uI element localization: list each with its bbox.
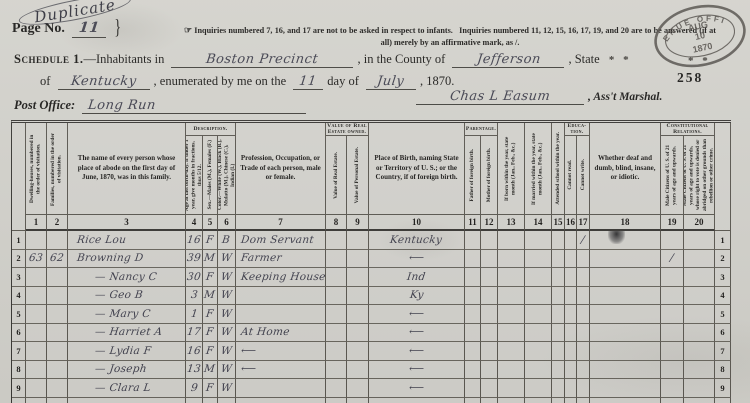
header-born-month: If born within the year, state month (Ja… bbox=[498, 123, 525, 215]
year-label: , 1870. bbox=[420, 74, 454, 88]
header-color: Color.—White (W.), Black (B.), Mulatto (… bbox=[218, 136, 236, 215]
column-number: 15 bbox=[552, 215, 565, 231]
cell-col19 bbox=[661, 231, 684, 250]
cell-col17 bbox=[577, 361, 590, 380]
cell-col17 bbox=[577, 250, 590, 269]
county-blank: Jefferson bbox=[452, 53, 564, 68]
state-label: , State bbox=[568, 52, 599, 66]
row-number-left: 9 bbox=[12, 379, 26, 398]
census-table: Dwelling-houses, numbered in the order o… bbox=[11, 120, 731, 403]
cell-col20 bbox=[684, 379, 715, 398]
cell-col9 bbox=[347, 398, 369, 403]
cell-col12 bbox=[481, 324, 498, 343]
header-real-estate-label: Value of Real Estate. bbox=[333, 152, 340, 199]
cell-col10: ⟵ bbox=[369, 379, 465, 398]
row-number-left: 3 bbox=[12, 268, 26, 287]
cell-col2 bbox=[47, 305, 68, 324]
cell-col19 bbox=[661, 287, 684, 306]
cell-col20 bbox=[684, 361, 715, 380]
column-number: 16 bbox=[565, 215, 577, 231]
page-no-blank: 11 bbox=[72, 21, 106, 38]
cell-col17 bbox=[577, 398, 590, 403]
cell-col12 bbox=[481, 379, 498, 398]
cell-col14 bbox=[525, 287, 552, 306]
cell-col4: 3 bbox=[186, 287, 203, 306]
cell-col2 bbox=[47, 398, 68, 403]
cell-col4: 16 bbox=[186, 342, 203, 361]
cell-col15 bbox=[552, 305, 565, 324]
header-disabilities: Whether deaf and dumb, blind, insane, or… bbox=[590, 123, 661, 215]
cell-col14 bbox=[525, 398, 552, 403]
place-value: Boston Precinct bbox=[206, 53, 320, 67]
marshal-label: , Ass't Marshal. bbox=[588, 91, 662, 103]
county-value: Jefferson bbox=[476, 53, 541, 67]
cell-col13 bbox=[498, 268, 525, 287]
handwritten-entry: F bbox=[205, 382, 214, 394]
cell-col20 bbox=[684, 250, 715, 269]
header-vote-denied: Male Citizens of U. S. of 21 years of ag… bbox=[684, 136, 715, 215]
header-personal-estate-label: Value of Personal Estate. bbox=[354, 147, 361, 203]
cell-col20 bbox=[684, 305, 715, 324]
cell-col16 bbox=[565, 287, 577, 306]
cell-col1 bbox=[26, 379, 47, 398]
cell-col19 bbox=[661, 361, 684, 380]
header-birthplace: Place of Birth, naming State or Territor… bbox=[369, 123, 465, 215]
row-number-left: 8 bbox=[12, 361, 26, 380]
handwritten-entry: Kentucky bbox=[390, 234, 444, 246]
column-number: 10 bbox=[369, 215, 465, 231]
group-constitutional: Constitutional Relations. bbox=[661, 123, 715, 136]
row-number-left: 4 bbox=[12, 287, 26, 306]
post-office-value: Long Run bbox=[88, 99, 158, 113]
cell-col15 bbox=[552, 287, 565, 306]
row-number-right: 5 bbox=[715, 305, 731, 324]
handwritten-entry: W bbox=[220, 289, 233, 301]
schedule-detail-line: of Kentucky, enumerated by me on the 11d… bbox=[40, 74, 454, 90]
cell-col13 bbox=[498, 324, 525, 343]
cell-col4: 1 bbox=[186, 305, 203, 324]
cell-col7: Farmer bbox=[236, 250, 326, 269]
column-number: 9 bbox=[347, 215, 369, 231]
row-number-left: 1 bbox=[12, 231, 26, 250]
post-office-blank: Long Run bbox=[82, 99, 306, 114]
cell-col11 bbox=[465, 361, 481, 380]
marshal-signature: Chas L Easum bbox=[449, 90, 551, 104]
handwritten-entry: At Home bbox=[240, 326, 290, 338]
cell-col1 bbox=[26, 287, 47, 306]
cell-col8 bbox=[326, 287, 347, 306]
cell-col9 bbox=[347, 231, 369, 250]
handwritten-entry: 16 bbox=[186, 345, 201, 357]
header-families: Families, numbered in the order of visit… bbox=[47, 123, 68, 215]
handwritten-entry: 1 bbox=[190, 308, 198, 320]
header-occupation: Profession, Occupation, or Trade of each… bbox=[236, 123, 326, 215]
cell-col5: M bbox=[203, 287, 218, 306]
cell-col11 bbox=[465, 231, 481, 250]
cell-col14 bbox=[525, 250, 552, 269]
header-cannot-read: Cannot read. bbox=[565, 136, 577, 215]
cell-col17 bbox=[577, 324, 590, 343]
column-number: 2 bbox=[47, 215, 68, 231]
handwritten-entry: W bbox=[220, 382, 233, 394]
cell-col12 bbox=[481, 250, 498, 269]
header-families-label: Families, numbered in the order of visit… bbox=[50, 132, 63, 206]
post-office-label: Post Office: bbox=[14, 98, 75, 112]
cell-col16 bbox=[565, 250, 577, 269]
cell-col10: ⟵ bbox=[369, 324, 465, 343]
header-color-label: Color.—White (W.), Black (B.), Mulatto (… bbox=[218, 138, 236, 212]
cell-col3: — Joseph bbox=[68, 361, 186, 380]
cell-col9 bbox=[347, 379, 369, 398]
month-value: July bbox=[377, 75, 406, 89]
cell-col7 bbox=[236, 398, 326, 403]
cell-col16 bbox=[565, 398, 577, 403]
signature-line: Chas L Easum, Ass't Marshal. bbox=[412, 90, 662, 105]
inhabitants-label: —Inhabitants in bbox=[83, 52, 164, 66]
handwritten-entry: W bbox=[220, 326, 233, 338]
column-number: 13 bbox=[498, 215, 525, 231]
cell-col15 bbox=[552, 398, 565, 403]
cell-col15 bbox=[552, 361, 565, 380]
header-vote-denied-label: Male Citizens of U. S. of 21 years of ag… bbox=[684, 138, 715, 212]
cell-col7: Dom Servant bbox=[236, 231, 326, 250]
cell-col13 bbox=[498, 287, 525, 306]
header-school: Attended school within the year. bbox=[552, 123, 565, 215]
cell-col2 bbox=[47, 342, 68, 361]
header-sex: Sex.—Males (M.), Females (F.) bbox=[203, 136, 218, 215]
handwritten-entry: Dom Servant bbox=[240, 234, 314, 246]
cell-col16 bbox=[565, 231, 577, 250]
cell-col7 bbox=[236, 305, 326, 324]
cell-col17 bbox=[577, 287, 590, 306]
cell-col8 bbox=[326, 268, 347, 287]
header-born-month-label: If born within the year, state month (Ja… bbox=[504, 132, 517, 206]
cell-col18 bbox=[590, 305, 661, 324]
cell-col10: ⟵ bbox=[369, 361, 465, 380]
column-number: 6 bbox=[218, 215, 236, 231]
row-number-right bbox=[715, 398, 731, 403]
column-number: 5 bbox=[203, 215, 218, 231]
cell-col5: M bbox=[203, 250, 218, 269]
cell-col5: F bbox=[203, 324, 218, 343]
cell-col18 bbox=[590, 268, 661, 287]
cell-col14 bbox=[525, 305, 552, 324]
handwritten-entry: W bbox=[220, 363, 233, 375]
cell-col14 bbox=[525, 231, 552, 250]
cell-col2 bbox=[47, 379, 68, 398]
handwritten-entry: ⟵ bbox=[408, 308, 425, 320]
cell-col12 bbox=[481, 268, 498, 287]
cell-col14 bbox=[525, 342, 552, 361]
cell-col12 bbox=[481, 398, 498, 403]
handwritten-entry: Keeping House bbox=[240, 271, 326, 283]
cell-col16 bbox=[565, 305, 577, 324]
cell-col15 bbox=[552, 379, 565, 398]
header-father-foreign: Father of foreign birth. bbox=[465, 136, 481, 215]
header-male-citizens-label: Male Citizens of U. S. of 21 years of ag… bbox=[665, 138, 678, 212]
cell-col11 bbox=[465, 379, 481, 398]
cell-col10 bbox=[369, 398, 465, 403]
row-number-right: 1 bbox=[715, 231, 731, 250]
cell-col14 bbox=[525, 361, 552, 380]
stamp-day: 10 bbox=[694, 30, 706, 42]
column-number: 7 bbox=[236, 215, 326, 231]
cell-col6 bbox=[218, 398, 236, 403]
pointing-hand-icon: ☞ bbox=[184, 25, 192, 35]
handwritten-entry: M bbox=[204, 289, 217, 301]
cell-col6: W bbox=[218, 379, 236, 398]
cell-col3 bbox=[68, 398, 186, 403]
cell-col3: — Mary C bbox=[68, 305, 186, 324]
cell-col9 bbox=[347, 268, 369, 287]
cell-col18 bbox=[590, 342, 661, 361]
handwritten-entry: 63 bbox=[28, 252, 43, 264]
schedule-label: Schedule 1. bbox=[14, 52, 83, 66]
handwritten-entry: 17 bbox=[186, 326, 201, 338]
cell-col10: Ind bbox=[369, 268, 465, 287]
cell-col4 bbox=[186, 398, 203, 403]
handwritten-entry: B bbox=[222, 234, 232, 246]
handwritten-entry: F bbox=[205, 271, 214, 283]
handwritten-entry: Ind bbox=[406, 271, 426, 283]
cell-col6: W bbox=[218, 250, 236, 269]
census-form-page: Duplicate Page No. 11} ☞ Inquiries numbe… bbox=[0, 0, 750, 403]
stamp-stars: * * bbox=[688, 55, 711, 67]
cell-col4: 17 bbox=[186, 324, 203, 343]
row-number-left: 5 bbox=[12, 305, 26, 324]
cell-col1 bbox=[26, 398, 47, 403]
cell-col13 bbox=[498, 342, 525, 361]
handwritten-entry: ⟵ bbox=[240, 345, 257, 357]
handwritten-entry: ⟵ bbox=[408, 252, 425, 264]
header-personal-estate: Value of Personal Estate. bbox=[347, 136, 369, 215]
header-name: The name of every person whose place of … bbox=[68, 123, 186, 215]
cell-col9 bbox=[347, 305, 369, 324]
handwritten-entry: — Harriet A bbox=[94, 326, 163, 338]
cell-col4: 13 bbox=[186, 361, 203, 380]
cell-col20 bbox=[684, 324, 715, 343]
handwritten-entry: — Geo B bbox=[94, 289, 143, 301]
header-age-label: Age at last birth-day. If under 1 year, … bbox=[186, 138, 203, 212]
cell-col6: W bbox=[218, 268, 236, 287]
handwritten-entry: Rice Lou bbox=[76, 234, 127, 246]
row-number-left: 6 bbox=[12, 324, 26, 343]
cell-col19 bbox=[661, 379, 684, 398]
cell-col4: 39 bbox=[186, 250, 203, 269]
cell-col11 bbox=[465, 342, 481, 361]
cell-col20 bbox=[684, 287, 715, 306]
group-parentage: Parentage. bbox=[465, 123, 498, 136]
cell-col17 bbox=[577, 342, 590, 361]
column-number: 19 bbox=[661, 215, 684, 231]
column-number: 14 bbox=[525, 215, 552, 231]
day-blank: 11 bbox=[293, 75, 323, 90]
handwritten-entry: W bbox=[220, 252, 233, 264]
cell-col6: W bbox=[218, 361, 236, 380]
handwritten-entry: 16 bbox=[186, 234, 201, 246]
cell-col9 bbox=[347, 250, 369, 269]
cell-col18 bbox=[590, 231, 661, 250]
handwritten-entry: Ky bbox=[409, 289, 424, 301]
cell-col7: Keeping House bbox=[236, 268, 326, 287]
cell-col3: — Lydia F bbox=[68, 342, 186, 361]
state-stars: * * bbox=[609, 54, 632, 66]
cell-col10: Ky bbox=[369, 287, 465, 306]
header-cannot-write-label: Cannot write. bbox=[580, 159, 587, 190]
cell-col18 bbox=[590, 398, 661, 403]
cell-col17 bbox=[577, 305, 590, 324]
cell-col6: W bbox=[218, 324, 236, 343]
cell-col10: ⟵ bbox=[369, 250, 465, 269]
cell-col17: / bbox=[577, 231, 590, 250]
handwritten-entry: 3 bbox=[190, 289, 198, 301]
cell-col2 bbox=[47, 361, 68, 380]
cell-col1 bbox=[26, 361, 47, 380]
cell-col10: ⟵ bbox=[369, 305, 465, 324]
handwritten-entry: ⟵ bbox=[408, 345, 425, 357]
cell-col20 bbox=[684, 342, 715, 361]
header-married-month: If married within the year, state month … bbox=[525, 123, 552, 215]
of-label: of bbox=[40, 74, 50, 88]
census-office-stamp: ENUE OFFI AUG 10 1870 bbox=[644, 0, 750, 81]
cell-col4: 30 bbox=[186, 268, 203, 287]
cell-col16 bbox=[565, 361, 577, 380]
handwritten-entry: ⟵ bbox=[408, 326, 425, 338]
cell-col3: — Harriet A bbox=[68, 324, 186, 343]
handwritten-entry: W bbox=[220, 345, 233, 357]
handwritten-entry: 9 bbox=[190, 382, 198, 394]
cell-col9 bbox=[347, 287, 369, 306]
column-number: 4 bbox=[186, 215, 203, 231]
cell-col1 bbox=[26, 231, 47, 250]
cell-col3: Browning D bbox=[68, 250, 186, 269]
cell-col19: / bbox=[661, 250, 684, 269]
cell-col17 bbox=[577, 268, 590, 287]
corner-left bbox=[12, 123, 26, 231]
row-number-left bbox=[12, 398, 26, 403]
row-number-right: 8 bbox=[715, 361, 731, 380]
column-number: 1 bbox=[26, 215, 47, 231]
cell-col2: 62 bbox=[47, 250, 68, 269]
row-number-right: 4 bbox=[715, 287, 731, 306]
state-blank: Kentucky bbox=[58, 75, 150, 90]
cell-col2 bbox=[47, 324, 68, 343]
handwritten-entry: — Lydia F bbox=[94, 345, 152, 357]
cell-col14 bbox=[525, 324, 552, 343]
group-description: Description. bbox=[186, 123, 236, 136]
cell-col16 bbox=[565, 324, 577, 343]
handwritten-entry: — Mary C bbox=[94, 308, 151, 320]
cell-col20 bbox=[684, 398, 715, 403]
handwritten-entry: ⟵ bbox=[240, 363, 257, 375]
cell-col5: M bbox=[203, 361, 218, 380]
signature-blank: Chas L Easum bbox=[416, 90, 584, 105]
group-value: Value of Real Estate owned. bbox=[326, 123, 369, 136]
instructions-body: Inquiries numbered 7, 16, and 17 are not… bbox=[194, 26, 716, 47]
row-number-right: 7 bbox=[715, 342, 731, 361]
cell-col16 bbox=[565, 342, 577, 361]
cell-col7: ⟵ bbox=[236, 342, 326, 361]
cell-col11 bbox=[465, 250, 481, 269]
cell-col10: ⟵ bbox=[369, 342, 465, 361]
row-number-left: 2 bbox=[12, 250, 26, 269]
day-value: 11 bbox=[299, 75, 318, 89]
handwritten-entry: F bbox=[205, 326, 214, 338]
cell-col18 bbox=[590, 324, 661, 343]
cell-col8 bbox=[326, 342, 347, 361]
cell-col8 bbox=[326, 250, 347, 269]
cell-col7: At Home bbox=[236, 324, 326, 343]
cell-col11 bbox=[465, 305, 481, 324]
post-office-line: Post Office: Long Run bbox=[14, 98, 310, 114]
cell-col13 bbox=[498, 398, 525, 403]
cell-col3: Rice Lou bbox=[68, 231, 186, 250]
handwritten-entry: — Joseph bbox=[94, 363, 147, 375]
cell-col3: — Nancy C bbox=[68, 268, 186, 287]
handwritten-entry: Farmer bbox=[240, 252, 282, 264]
cell-col3: — Clara L bbox=[68, 379, 186, 398]
cell-col8 bbox=[326, 305, 347, 324]
cell-col15 bbox=[552, 342, 565, 361]
cell-col8 bbox=[326, 398, 347, 403]
cell-col5: F bbox=[203, 342, 218, 361]
cell-col9 bbox=[347, 324, 369, 343]
cell-col13 bbox=[498, 379, 525, 398]
place-blank: Boston Precinct bbox=[171, 53, 353, 68]
cell-col2 bbox=[47, 231, 68, 250]
cell-col11 bbox=[465, 268, 481, 287]
cell-col7: ⟵ bbox=[236, 361, 326, 380]
cell-col19 bbox=[661, 268, 684, 287]
header-real-estate: Value of Real Estate. bbox=[326, 136, 347, 215]
header-age: Age at last birth-day. If under 1 year, … bbox=[186, 136, 203, 215]
handwritten-entry: ⟵ bbox=[408, 382, 425, 394]
cell-col12 bbox=[481, 231, 498, 250]
header-dwelling-label: Dwelling-houses, numbered in the order o… bbox=[29, 132, 42, 206]
cell-col13 bbox=[498, 305, 525, 324]
month-blank: July bbox=[366, 75, 416, 90]
handwritten-entry: / bbox=[669, 252, 674, 264]
handwritten-entry: — Nancy C bbox=[94, 271, 157, 283]
cell-col14 bbox=[525, 268, 552, 287]
cell-col11 bbox=[465, 324, 481, 343]
cell-col8 bbox=[326, 361, 347, 380]
cell-col1 bbox=[26, 305, 47, 324]
row-number-right: 2 bbox=[715, 250, 731, 269]
cell-col12 bbox=[481, 361, 498, 380]
cell-col12 bbox=[481, 342, 498, 361]
handwritten-entry: F bbox=[205, 308, 214, 320]
handwritten-entry: M bbox=[204, 363, 217, 375]
page-no-value: 11 bbox=[78, 21, 100, 36]
header-male-citizens: Male Citizens of U. S. of 21 years of ag… bbox=[661, 136, 684, 215]
cell-col8 bbox=[326, 231, 347, 250]
header-mother-foreign-label: Mother of foreign birth. bbox=[486, 148, 493, 202]
column-number: 20 bbox=[684, 215, 715, 231]
header-sex-label: Sex.—Males (M.), Females (F.) bbox=[207, 140, 214, 209]
header-cannot-write: Cannot write. bbox=[577, 136, 590, 215]
cell-col1: 63 bbox=[26, 250, 47, 269]
header-mother-foreign: Mother of foreign birth. bbox=[481, 136, 498, 215]
cell-col4: 16 bbox=[186, 231, 203, 250]
cell-col1 bbox=[26, 268, 47, 287]
cell-col16 bbox=[565, 379, 577, 398]
row-number-right: 3 bbox=[715, 268, 731, 287]
cell-col4: 9 bbox=[186, 379, 203, 398]
cell-col8 bbox=[326, 379, 347, 398]
cell-col18 bbox=[590, 361, 661, 380]
cell-col6: W bbox=[218, 287, 236, 306]
